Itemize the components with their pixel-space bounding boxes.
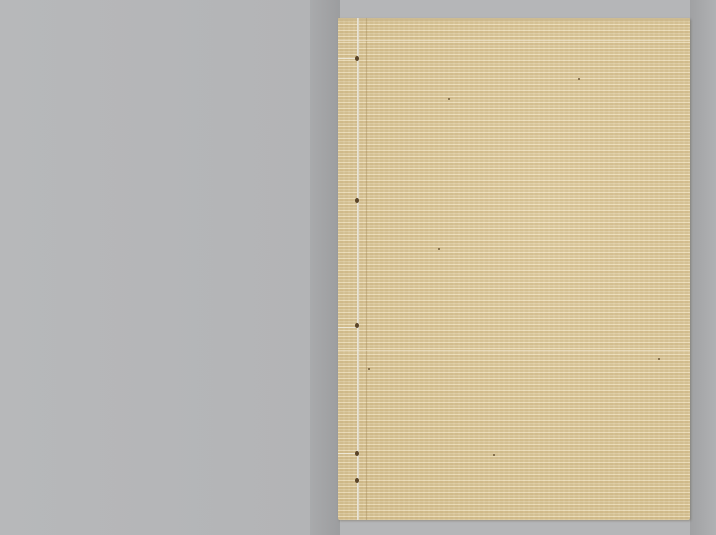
paper-speck — [368, 368, 370, 370]
cover-crease — [338, 350, 690, 351]
book-edge-shadow — [310, 0, 340, 535]
book-right-shadow — [690, 0, 716, 535]
stitch-hole — [355, 451, 359, 456]
paper-speck — [493, 454, 495, 456]
stitch-hole — [355, 56, 359, 61]
spine-fold-line — [366, 18, 367, 520]
cover-crease — [338, 40, 690, 41]
paper-speck — [578, 78, 580, 80]
paper-speck — [658, 358, 660, 360]
book-top-edge — [338, 18, 690, 22]
background — [0, 0, 312, 535]
paper-speck — [448, 98, 450, 100]
stitch-hole — [355, 198, 359, 203]
binding-thread — [357, 18, 359, 520]
book-cover — [338, 18, 690, 520]
paper-speck — [438, 248, 440, 250]
stitch-hole — [355, 478, 359, 483]
stitch-hole — [355, 323, 359, 328]
